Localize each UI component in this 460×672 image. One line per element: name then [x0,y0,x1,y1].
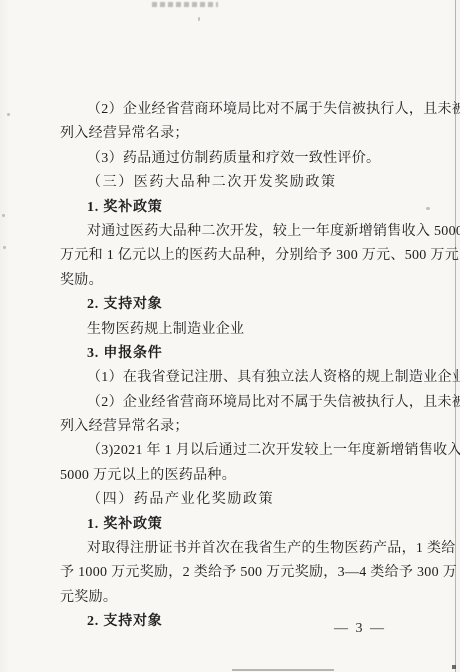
body-text-line: （3）药品通过仿制药质量和疗效一致性评价。 [60,147,436,171]
numbered-heading: 3. 申报条件 [60,342,436,366]
section-heading: （四）药品产业化奖励政策 [60,488,436,512]
numbered-heading: 2. 支持对象 [60,293,436,317]
page-number: — 3 — [334,621,386,637]
body-text-line: 元奖励。 [60,586,436,610]
scan-artifact-speck [3,246,6,249]
body-text-line: 生物医药规上制造业企业 [60,318,436,342]
scan-artifact-bottom-smudge [232,669,334,671]
scan-artifact-speck [7,113,10,116]
body-text-line: 列入经营异常名录； [60,122,436,146]
scan-artifact-speck [2,214,5,217]
body-text-line: 列入经营异常名录； [60,415,436,439]
numbered-heading: 1. 奖补政策 [60,196,436,220]
body-text-line: （2）企业经省营商环境局比对不属于失信被执行人，且未被 [60,98,436,122]
body-text-line: 对通过医药大品种二次开发，较上一年度新增销售收入 5000 [60,220,436,244]
numbered-heading: 1. 奖补政策 [60,513,436,537]
scanned-document-page: （2）企业经省营商环境局比对不属于失信被执行人，且未被列入经营异常名录；（3）药… [0,0,460,672]
body-text-line: 予 1000 万元奖励，2 类给予 500 万元奖励，3—4 类给予 300 万 [60,561,436,585]
body-text-line: （3)2021 年 1 月以后通过二次开发较上一年度新增销售收入 [60,439,436,463]
scan-artifact-top-smudge [152,2,218,7]
body-text-line: 万元和 1 亿元以上的医药大品种，分别给予 300 万元、500 万元 [60,244,436,268]
body-text-line: 5000 万元以上的医药品种。 [60,464,436,488]
document-text-block: （2）企业经省营商环境局比对不属于失信被执行人，且未被列入经营异常名录；（3）药… [60,98,436,635]
scan-artifact-speck [198,17,200,21]
scan-artifact-corner-dot [452,665,456,669]
body-text-line: （1）在我省登记注册、具有独立法人资格的规上制造业企业； [60,366,436,390]
body-text-line: （2）企业经省营商环境局比对不属于失信被执行人，且未被 [60,391,436,415]
section-heading: （三）医药大品种二次开发奖励政策 [60,171,436,195]
body-text-line: 对取得注册证书并首次在我省生产的生物医药产品，1 类给 [60,537,436,561]
body-text-line: 奖励。 [60,269,436,293]
